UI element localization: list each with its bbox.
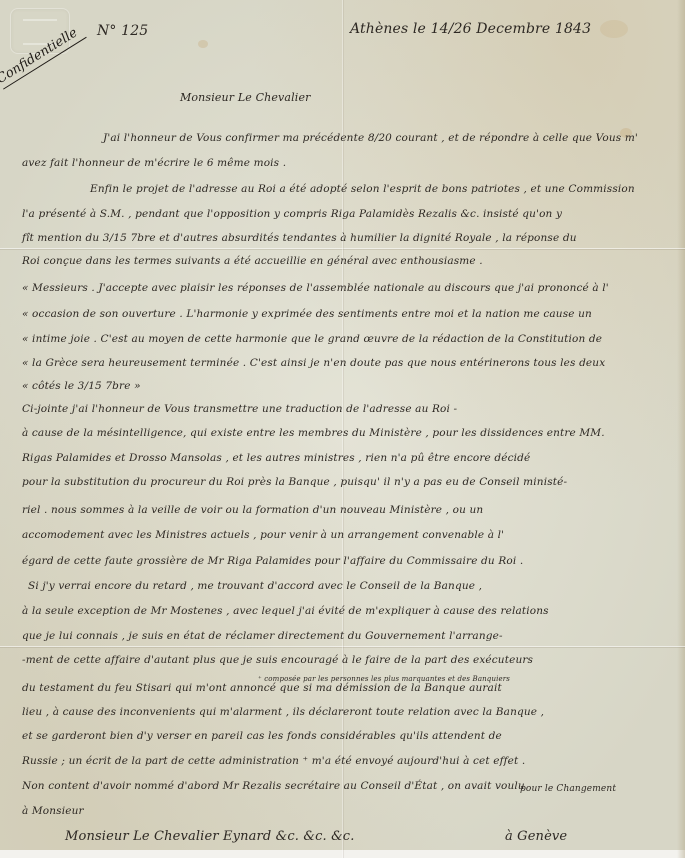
address-city: à Genève (505, 830, 567, 843)
body-line: « intime joie . C'est au moyen de cette … (22, 334, 602, 345)
body-line: Russie ; un écrit de la part de cette ad… (22, 756, 525, 767)
body-line: -ment de cette affaire d'autant plus que… (22, 655, 533, 666)
body-line: fît mention du 3/15 7bre et d'autres abs… (22, 233, 577, 244)
body-line: Roi conçue dans les termes suivants a ét… (22, 256, 483, 267)
body-line: accomodement avec les Ministres actuels … (22, 530, 504, 541)
body-line: J'ai l'honneur de Vous confirmer ma préc… (103, 133, 638, 144)
interlinear-insertion-note: ⁺ composée par les personnes les plus ma… (258, 676, 510, 683)
body-line: que je lui connais , je suis en état de … (22, 631, 503, 642)
letter-page: Confidentielle N° 125 Athènes le 14/26 D… (0, 0, 685, 858)
body-line: à la seule exception de Mr Mostenes , av… (22, 606, 549, 617)
body-line: Enfin le projet de l'adresse au Roi a ét… (90, 184, 635, 195)
body-line: à cause de la mésintelligence, qui exist… (22, 428, 605, 439)
body-line: « Messieurs . J'accepte avec plaisir les… (22, 283, 609, 294)
body-line: avez fait l'honneur de m'écrire le 6 mêm… (22, 158, 286, 169)
body-line: Rigas Palamides et Drosso Mansolas , et … (22, 453, 530, 464)
body-line: Si j'y verrai encore du retard , me trou… (28, 581, 482, 592)
body-line: Ci-jointe j'ai l'honneur de Vous transme… (22, 404, 457, 415)
paper-right-edge (677, 0, 685, 858)
body-line: lieu , à cause des inconvenients qui m'a… (22, 707, 544, 718)
body-line: du testament du feu Stisari qui m'ont an… (22, 683, 502, 694)
body-line: « côtés le 3/15 7bre » (22, 381, 141, 392)
body-line: « occasion de son ouverture . L'harmonie… (22, 309, 592, 320)
foxing-stain (600, 20, 628, 38)
foxing-stain (198, 40, 208, 48)
letter-number: N° 125 (97, 24, 148, 38)
salutation: Monsieur Le Chevalier (180, 92, 311, 103)
body-line: riel . nous sommes à la veille de voir o… (22, 505, 483, 516)
body-line: et se garderont bien d'y verser en parei… (22, 731, 502, 742)
body-line: pour la substitution du procureur du Roi… (22, 477, 567, 488)
place-and-date: Athènes le 14/26 Decembre 1843 (350, 22, 591, 36)
body-line: « la Grèce sera heureusement terminée . … (22, 358, 605, 369)
address-prefix: à Monsieur (22, 806, 84, 817)
closing-note: pour le Changement (520, 785, 616, 794)
address-recipient: Monsieur Le Chevalier Eynard &c. &c. &c. (65, 830, 355, 843)
body-line: l'a présenté à S.M. , pendant que l'oppo… (22, 209, 562, 220)
body-line: égard de cette faute grossière de Mr Rig… (22, 556, 523, 567)
body-line: Non content d'avoir nommé d'abord Mr Rez… (22, 781, 525, 792)
